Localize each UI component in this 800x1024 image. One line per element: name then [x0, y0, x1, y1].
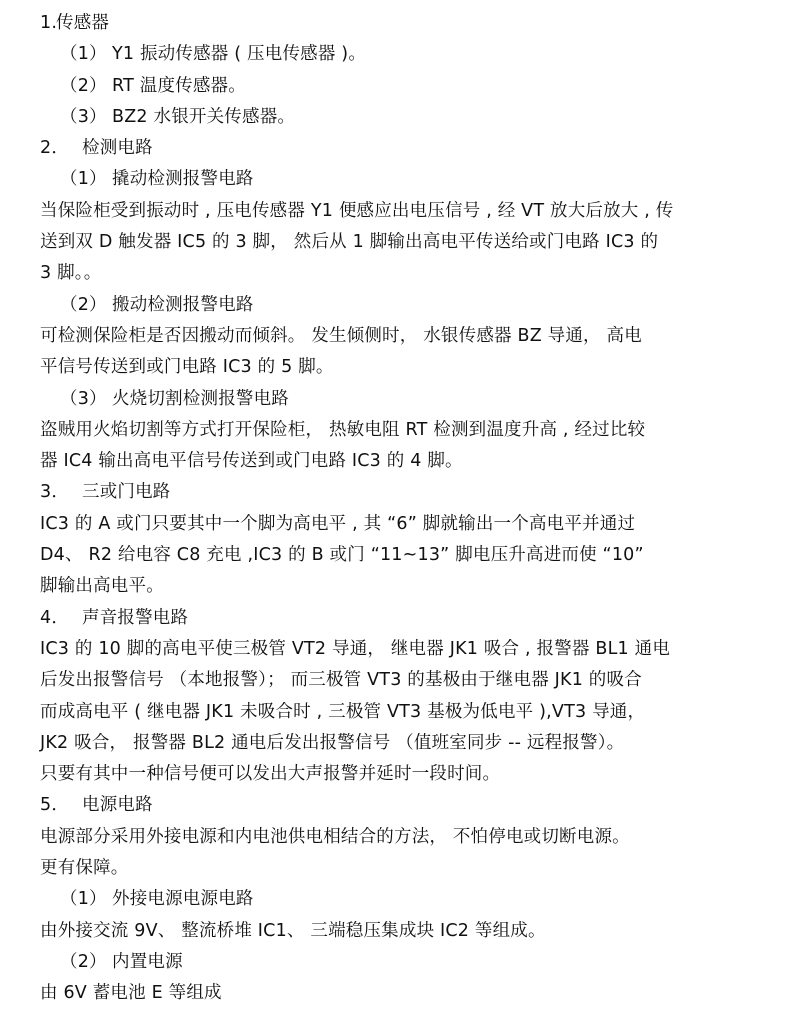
section-number: 5． — [40, 790, 82, 821]
subsection-heading: （2）搬动检测报警电路 — [40, 290, 780, 321]
paragraph-line: D4、 R2 给电容 C8 充电 ,IC3 的 B 或门 “11~13” 脚电压… — [40, 540, 780, 571]
paragraph-line: 送到双 D 触发器 IC5 的 3 脚， 然后从 1 脚输出高电平传送给或门电路… — [40, 227, 780, 258]
section-heading-5: 5．电源电路 — [40, 790, 780, 821]
list-item: （3）BZ2 水银开关传感器。 — [40, 102, 780, 133]
subsection-number: （2） — [60, 290, 112, 321]
item-number: （3） — [60, 102, 112, 133]
section-heading-1: 1.传感器 — [40, 8, 780, 39]
paragraph-line: IC3 的 10 脚的高电平使三极管 VT2 导通， 继电器 JK1 吸合 , … — [40, 634, 780, 665]
paragraph-line: 后发出报警信号 （本地报警）； 而三极管 VT3 的基极由于继电器 JK1 的吸… — [40, 665, 780, 696]
subsection-number: （3） — [60, 384, 112, 415]
paragraph-line: 而成高电平 ( 继电器 JK1 未吸合时 , 三极管 VT3 基极为低电平 ),… — [40, 697, 780, 728]
subsection-heading: （1）撬动检测报警电路 — [40, 164, 780, 195]
section-heading-3: 3．三或门电路 — [40, 477, 780, 508]
subsection-title: 撬动检测报警电路 — [112, 169, 254, 189]
section-heading-4: 4．声音报警电路 — [40, 603, 780, 634]
paragraph-line: 当保险柜受到振动时 , 压电传感器 Y1 便感应出电压信号 , 经 VT 放大后… — [40, 196, 780, 227]
paragraph-line: 由外接交流 9V、 整流桥堆 IC1、 三端稳压集成块 IC2 等组成。 — [40, 916, 780, 947]
paragraph-line: 更有保障。 — [40, 853, 780, 884]
subsection-title: 内置电源 — [112, 952, 183, 972]
section-number: 2． — [40, 133, 82, 164]
section-number: 1. — [40, 8, 56, 39]
item-number: （1） — [60, 39, 112, 70]
paragraph-line: 平信号传送到或门电路 IC3 的 5 脚。 — [40, 352, 780, 383]
subsection-title: 火烧切割检测报警电路 — [112, 389, 289, 409]
subsection-heading: （3）火烧切割检测报警电路 — [40, 384, 780, 415]
paragraph-line: 可检测保险柜是否因搬动而倾斜。 发生倾侧时， 水银传感器 BZ 导通， 高电 — [40, 321, 780, 352]
section-title: 声音报警电路 — [82, 608, 188, 628]
subsection-title: 外接电源电源电路 — [112, 889, 254, 909]
section-title: 检测电路 — [82, 138, 153, 158]
paragraph-line: 盗贼用火焰切割等方式打开保险柜， 热敏电阻 RT 检测到温度升高 , 经过比较 — [40, 415, 780, 446]
paragraph-line: 脚输出高电平。 — [40, 571, 780, 602]
item-text: RT 温度传感器。 — [112, 76, 246, 96]
section-number: 4． — [40, 603, 82, 634]
list-item: （2）RT 温度传感器。 — [40, 71, 780, 102]
item-text: BZ2 水银开关传感器。 — [112, 107, 295, 127]
paragraph-line: 电源部分采用外接电源和内电池供电相结合的方法， 不怕停电或切断电源。 — [40, 822, 780, 853]
section-number: 3． — [40, 477, 82, 508]
list-item: （1）Y1 振动传感器 ( 压电传感器 )。 — [40, 39, 780, 70]
paragraph-line: 器 IC4 输出高电平信号传送到或门电路 IC3 的 4 脚。 — [40, 446, 780, 477]
section-title: 电源电路 — [82, 795, 153, 815]
subsection-number: （1） — [60, 164, 112, 195]
section-title: 传感器 — [56, 13, 109, 33]
paragraph-line: 3 脚。。 — [40, 258, 780, 289]
paragraph-line: 只要有其中一种信号便可以发出大声报警并延时一段时间。 — [40, 759, 780, 790]
paragraph-line: 由 6V 蓄电池 E 等组成 — [40, 978, 780, 1009]
item-number: （2） — [60, 71, 112, 102]
subsection-title: 搬动检测报警电路 — [112, 295, 254, 315]
subsection-number: （2） — [60, 947, 112, 978]
document-body: 1.传感器 （1）Y1 振动传感器 ( 压电传感器 )。 （2）RT 温度传感器… — [40, 8, 780, 1010]
subsection-heading: （1）外接电源电源电路 — [40, 884, 780, 915]
section-title: 三或门电路 — [82, 482, 171, 502]
subsection-number: （1） — [60, 884, 112, 915]
paragraph-line: JK2 吸合， 报警器 BL2 通电后发出报警信号 （值班室同步 -- 远程报警… — [40, 728, 780, 759]
item-text: Y1 振动传感器 ( 压电传感器 )。 — [112, 44, 366, 64]
paragraph-line: IC3 的 A 或门只要其中一个脚为高电平 , 其 “6” 脚就输出一个高电平并… — [40, 509, 780, 540]
subsection-heading: （2）内置电源 — [40, 947, 780, 978]
section-heading-2: 2．检测电路 — [40, 133, 780, 164]
